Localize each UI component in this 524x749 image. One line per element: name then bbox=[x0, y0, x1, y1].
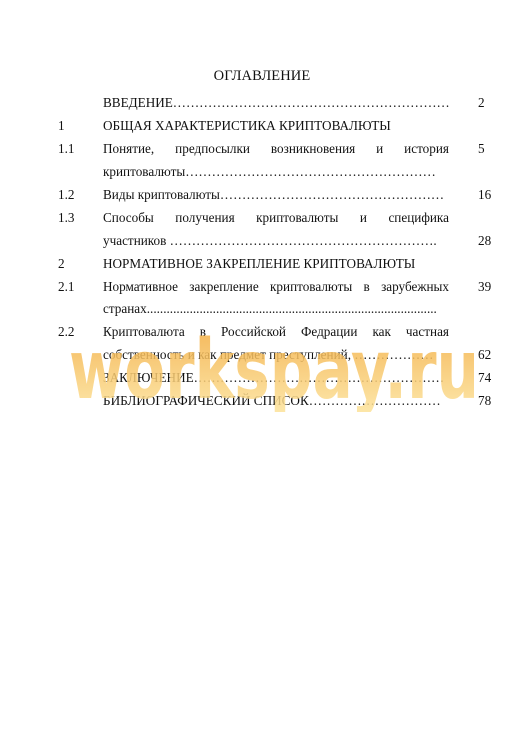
toc-entry-number: 1.3 bbox=[58, 206, 74, 229]
toc-page-number: 74 bbox=[478, 366, 491, 389]
toc-entry-number: 2.1 bbox=[58, 275, 74, 298]
toc-entry-1-1-continuation: криптовалюты………………………………………………… bbox=[0, 160, 524, 183]
toc-title: ОГЛАВЛЕНИЕ bbox=[0, 68, 524, 85]
toc-entry-text: Способы получения криптовалюты и специфи… bbox=[103, 206, 449, 229]
toc-entry-2-1[interactable]: 2.1 Нормативное закрепление криптовалюты… bbox=[0, 275, 524, 298]
toc-entry-1-3-continuation: участников ……………………………………………………. 28 bbox=[0, 229, 524, 252]
toc-page-number: 62 bbox=[478, 343, 491, 366]
toc-entry-1-1[interactable]: 1.1 Понятие, предпосылки возникновения и… bbox=[0, 137, 524, 160]
toc-entry-text: БИБЛИОГРАФИЧЕСКИЙ СПИСОК………………………… bbox=[103, 389, 449, 412]
toc-entry-text: ЗАКЛЮЧЕНИЕ………………………………………………… bbox=[103, 366, 449, 389]
toc-page-number: 16 bbox=[478, 183, 491, 206]
toc-entry-text: НОРМАТИВНОЕ ЗАКРЕПЛЕНИЕ КРИПТОВАЛЮТЫ bbox=[103, 252, 449, 275]
toc-page-number: 5 bbox=[478, 137, 485, 160]
toc-page-number: 39 bbox=[478, 275, 491, 298]
toc-page-number: 28 bbox=[478, 229, 491, 252]
toc-entry-number: 1 bbox=[58, 114, 65, 137]
toc-entry-text: ВВЕДЕНИЕ……………………………………………………… bbox=[103, 91, 449, 114]
toc-entry-1-2[interactable]: 1.2 Виды криптовалюты…………………………………………… 1… bbox=[0, 183, 524, 206]
toc-entry-text: Криптовалюта в Российской Федрации как ч… bbox=[103, 320, 449, 343]
toc-entry-number: 2 bbox=[58, 252, 65, 275]
toc-entry-chapter-2[interactable]: 2 НОРМАТИВНОЕ ЗАКРЕПЛЕНИЕ КРИПТОВАЛЮТЫ bbox=[0, 252, 524, 275]
toc-entry-text: Нормативное закрепление криптовалюты в з… bbox=[103, 275, 449, 298]
toc-entry-bibliography[interactable]: БИБЛИОГРАФИЧЕСКИЙ СПИСОК………………………… 78 bbox=[0, 389, 524, 412]
document-page: ОГЛАВЛЕНИЕ ВВЕДЕНИЕ………………………………………………………… bbox=[0, 0, 524, 749]
toc-page-number: 78 bbox=[478, 389, 491, 412]
toc-entry-conclusion[interactable]: ЗАКЛЮЧЕНИЕ………………………………………………… 74 bbox=[0, 366, 524, 389]
toc-entry-text: странах.................................… bbox=[103, 297, 449, 320]
toc-entry-2-2-continuation: собственность и как предмет преступлений… bbox=[0, 343, 524, 366]
toc-entry-number: 2.2 bbox=[58, 320, 74, 343]
toc-entry-number: 1.1 bbox=[58, 137, 74, 160]
toc-entry-text: криптовалюты………………………………………………… bbox=[103, 160, 449, 183]
toc-entry-1-3[interactable]: 1.3 Способы получения криптовалюты и спе… bbox=[0, 206, 524, 229]
toc-entry-text: собственность и как предмет преступлений… bbox=[103, 343, 449, 366]
toc-entry-introduction[interactable]: ВВЕДЕНИЕ……………………………………………………… 2 bbox=[0, 91, 524, 114]
toc-entry-chapter-1[interactable]: 1 ОБЩАЯ ХАРАКТЕРИСТИКА КРИПТОВАЛЮТЫ bbox=[0, 114, 524, 137]
toc-entry-2-1-continuation: странах.................................… bbox=[0, 297, 524, 320]
toc-entry-number: 1.2 bbox=[58, 183, 74, 206]
toc-page-number: 2 bbox=[478, 91, 485, 114]
toc-entry-text: ОБЩАЯ ХАРАКТЕРИСТИКА КРИПТОВАЛЮТЫ bbox=[103, 114, 449, 137]
toc-entry-text: Виды криптовалюты…………………………………………… bbox=[103, 183, 449, 206]
toc-entry-text: Понятие, предпосылки возникновения и ист… bbox=[103, 137, 449, 160]
toc-entry-2-2[interactable]: 2.2 Криптовалюта в Российской Федрации к… bbox=[0, 320, 524, 343]
toc-entry-text: участников ……………………………………………………. bbox=[103, 229, 449, 252]
